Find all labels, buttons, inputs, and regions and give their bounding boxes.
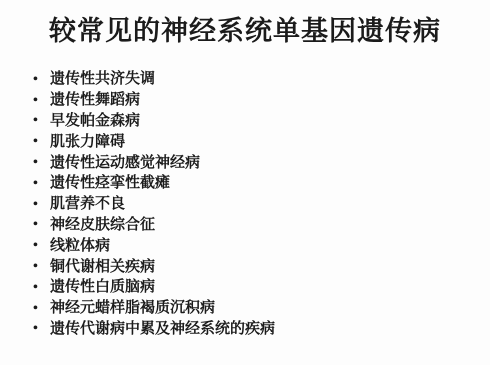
bullet-icon	[33, 298, 50, 320]
list-item: 遗传性白质脑病	[33, 277, 490, 298]
bullet-icon	[33, 152, 50, 174]
list-item-label: 遗传性运动感觉神经病	[50, 153, 200, 174]
slide: 较常见的神经系统单基因遗传病 遗传性共济失调 遗传性舞蹈病 早发帕金森病 肌张力…	[0, 0, 490, 365]
list-item-label: 铜代谢相关疾病	[50, 257, 155, 278]
bullet-icon	[33, 110, 50, 132]
list-item-label: 肌张力障碍	[50, 132, 125, 153]
list-item-label: 遗传性舞蹈病	[50, 90, 140, 111]
bullet-icon	[33, 194, 50, 216]
bullet-icon	[33, 214, 50, 236]
bullet-icon	[33, 256, 50, 278]
list-item: 神经元蜡样脂褐质沉积病	[33, 298, 490, 319]
list-item-label: 神经元蜡样脂褐质沉积病	[50, 298, 215, 319]
disease-list: 遗传性共济失调 遗传性舞蹈病 早发帕金森病 肌张力障碍 遗传性运动感觉神经病 遗…	[33, 69, 490, 339]
list-item-label: 遗传性白质脑病	[50, 277, 155, 298]
bullet-icon	[33, 90, 50, 112]
list-item: 遗传性痉挛性截瘫	[33, 173, 490, 194]
list-item-label: 神经皮肤综合征	[50, 215, 155, 236]
list-item-label: 遗传性痉挛性截瘫	[50, 173, 170, 194]
bullet-icon	[33, 69, 50, 91]
list-item: 遗传性舞蹈病	[33, 90, 490, 111]
list-item-label: 线粒体病	[50, 236, 110, 257]
slide-title: 较常见的神经系统单基因遗传病	[8, 15, 482, 47]
bullet-icon	[33, 235, 50, 257]
list-item: 早发帕金森病	[33, 111, 490, 132]
bullet-icon	[33, 277, 50, 299]
list-item: 线粒体病	[33, 236, 490, 257]
bullet-icon	[33, 318, 50, 340]
list-item-label: 肌营养不良	[50, 194, 125, 215]
list-item-label: 遗传性共济失调	[50, 69, 155, 90]
bullet-icon	[33, 173, 50, 195]
bullet-icon	[33, 131, 50, 153]
list-item: 肌张力障碍	[33, 132, 490, 153]
list-item-label: 遗传代谢病中累及神经系统的疾病	[50, 319, 275, 340]
list-item: 肌营养不良	[33, 194, 490, 215]
list-item: 遗传代谢病中累及神经系统的疾病	[33, 319, 490, 340]
list-item: 遗传性运动感觉神经病	[33, 153, 490, 174]
list-item-label: 早发帕金森病	[50, 111, 140, 132]
list-item: 铜代谢相关疾病	[33, 257, 490, 278]
list-item: 遗传性共济失调	[33, 69, 490, 90]
list-item: 神经皮肤综合征	[33, 215, 490, 236]
